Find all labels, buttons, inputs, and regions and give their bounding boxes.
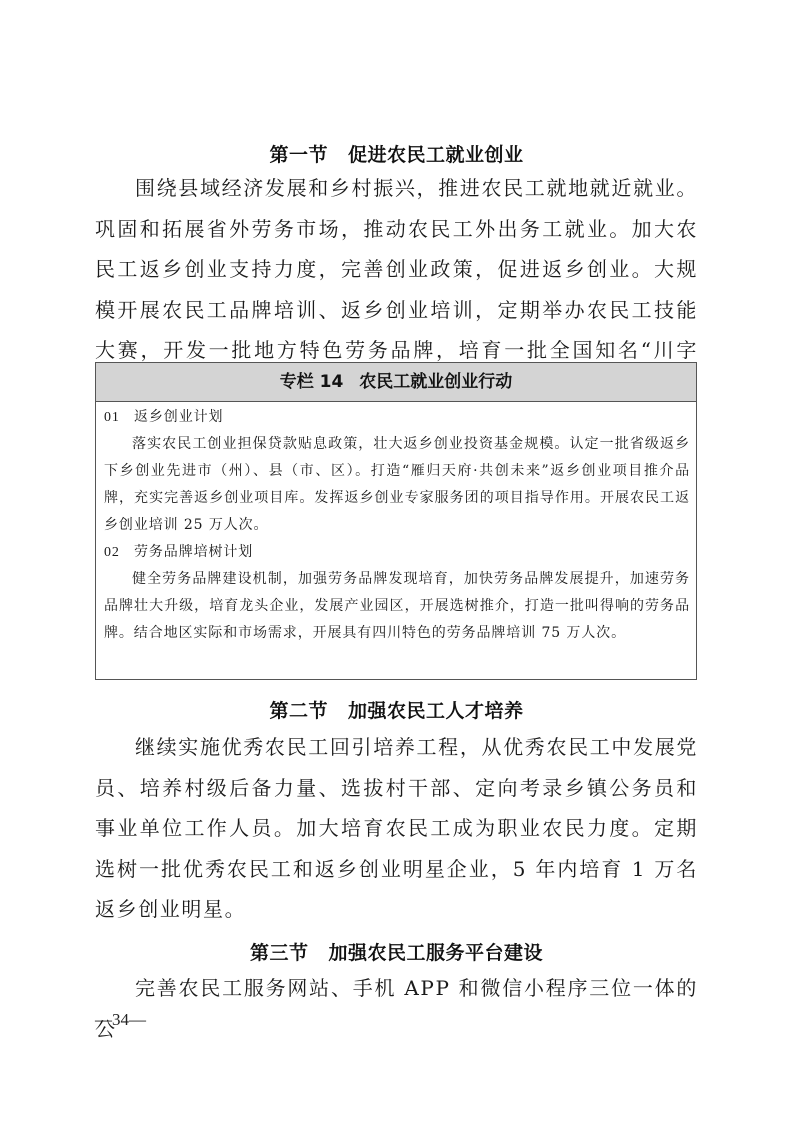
column-box-title: 农民工就业创业行动 [359,372,512,392]
section-3-title: 加强农民工服务平台建设 [329,942,544,964]
column-item-1-heading: 01返乡创业计划 [104,404,690,431]
column-box-header: 专栏 14农民工就业创业行动 [96,363,696,402]
section-3-number: 第三节 [250,942,309,964]
section-1-title: 促进农民工就业创业 [348,144,524,166]
section-2-title: 加强农民工人才培养 [348,700,524,722]
section-2-paragraph: 继续实施优秀农民工回引培养工程，从优秀农民工中发展党员、培养村级后备力量、选拔村… [95,727,698,930]
column-item-1-number: 01 [104,404,134,431]
section-3-body: 完善农民工服务网站、手机 APP 和微信小程序三位一体的公 [95,968,698,1049]
column-box-label: 专栏 14 [280,372,344,392]
section-3-heading: 第三节加强农民工服务平台建设 [0,938,793,965]
column-item-2-title: 劳务品牌培树计划 [134,544,253,560]
column-item-2-text: 健全劳务品牌建设机制，加强劳务品牌发现培育，加快劳务品牌发展提升，加速劳务品牌壮… [104,566,690,647]
column-item-2-heading: 02劳务品牌培树计划 [104,539,690,566]
column-item-1-title: 返乡创业计划 [134,409,223,425]
document-page: 第一节促进农民工就业创业 围绕县域经济发展和乡村振兴，推进农民工就地就近就业。巩… [0,0,793,1122]
column-box: 专栏 14农民工就业创业行动 01返乡创业计划 落实农民工创业担保贷款贴息政策，… [95,362,697,680]
column-box-body: 01返乡创业计划 落实农民工创业担保贷款贴息政策，壮大返乡创业投资基金规模。认定… [96,402,696,647]
section-2-heading: 第二节加强农民工人才培养 [0,696,793,723]
section-3-paragraph: 完善农民工服务网站、手机 APP 和微信小程序三位一体的公 [95,968,698,1049]
column-item-2-number: 02 [104,539,134,566]
section-2-body: 继续实施优秀农民工回引培养工程，从优秀农民工中发展党员、培养村级后备力量、选拔村… [95,727,698,930]
section-2-number: 第二节 [269,700,328,722]
section-1-number: 第一节 [269,144,328,166]
column-item-1-text: 落实农民工创业担保贷款贴息政策，壮大返乡创业投资基金规模。认定一批省级返乡下乡创… [104,431,690,539]
section-1-heading: 第一节促进农民工就业创业 [0,140,793,167]
page-number: —34— [95,1010,146,1030]
